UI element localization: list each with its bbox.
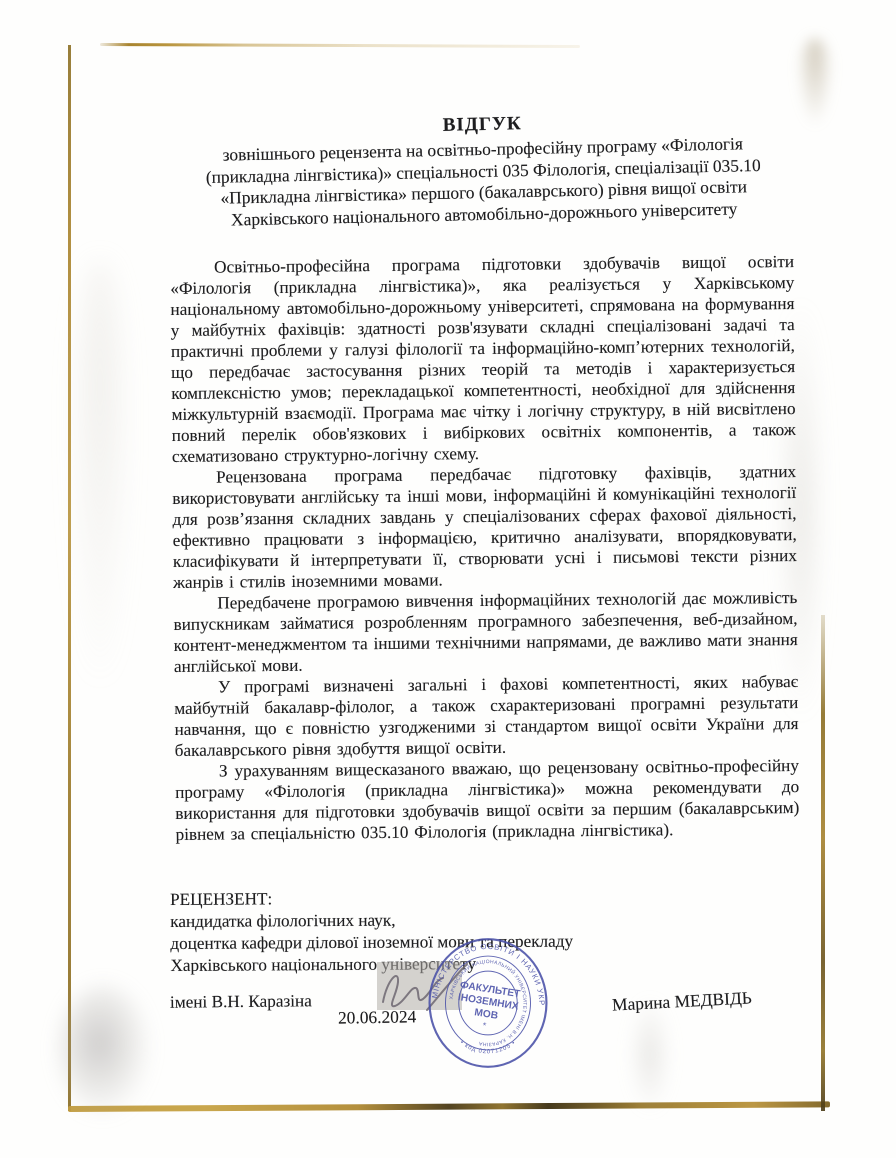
university-round-stamp: МІНІСТЕРСТВО ОСВІТИ І НАУКИ УКРАЇНИ • ко… (426, 936, 550, 1070)
document-header: ВІДГУК зовнішнього рецензента на освітнь… (152, 107, 814, 232)
stamp-center-line-3: МОВ (474, 1007, 499, 1022)
paragraph-2: Рецензована програма передбачає підготов… (172, 461, 797, 593)
paragraph-1: Освітньо-професійна програма підготовки … (170, 251, 796, 467)
page-edge-right (821, 615, 825, 1111)
page-edge-bottom (68, 1101, 830, 1112)
paper-crease-smudge (58, 985, 150, 1115)
page-edge-left (68, 45, 71, 1111)
paragraph-4: У програмі визначені загальні і фахові к… (174, 671, 799, 761)
scanned-document-page: ВІДГУК зовнішнього рецензента на освітнь… (0, 0, 896, 1158)
stamp-star: * (482, 1020, 488, 1031)
paper-crease-smudge (70, 260, 130, 680)
paper-crease-smudge (630, 1000, 670, 1110)
paragraph-5: З урахуванням вищесказаного вважаю, що р… (175, 755, 800, 845)
document-body: Освітньо-професійна програма підготовки … (170, 251, 800, 845)
paragraph-3: Передбачене програмою вивчення інформаці… (173, 587, 798, 677)
university-name-line: імені В.Н. Каразіна (170, 991, 312, 1012)
reviewer-name: Марина МЕДВІДЬ (612, 987, 753, 1015)
page-edge-top (100, 43, 580, 48)
